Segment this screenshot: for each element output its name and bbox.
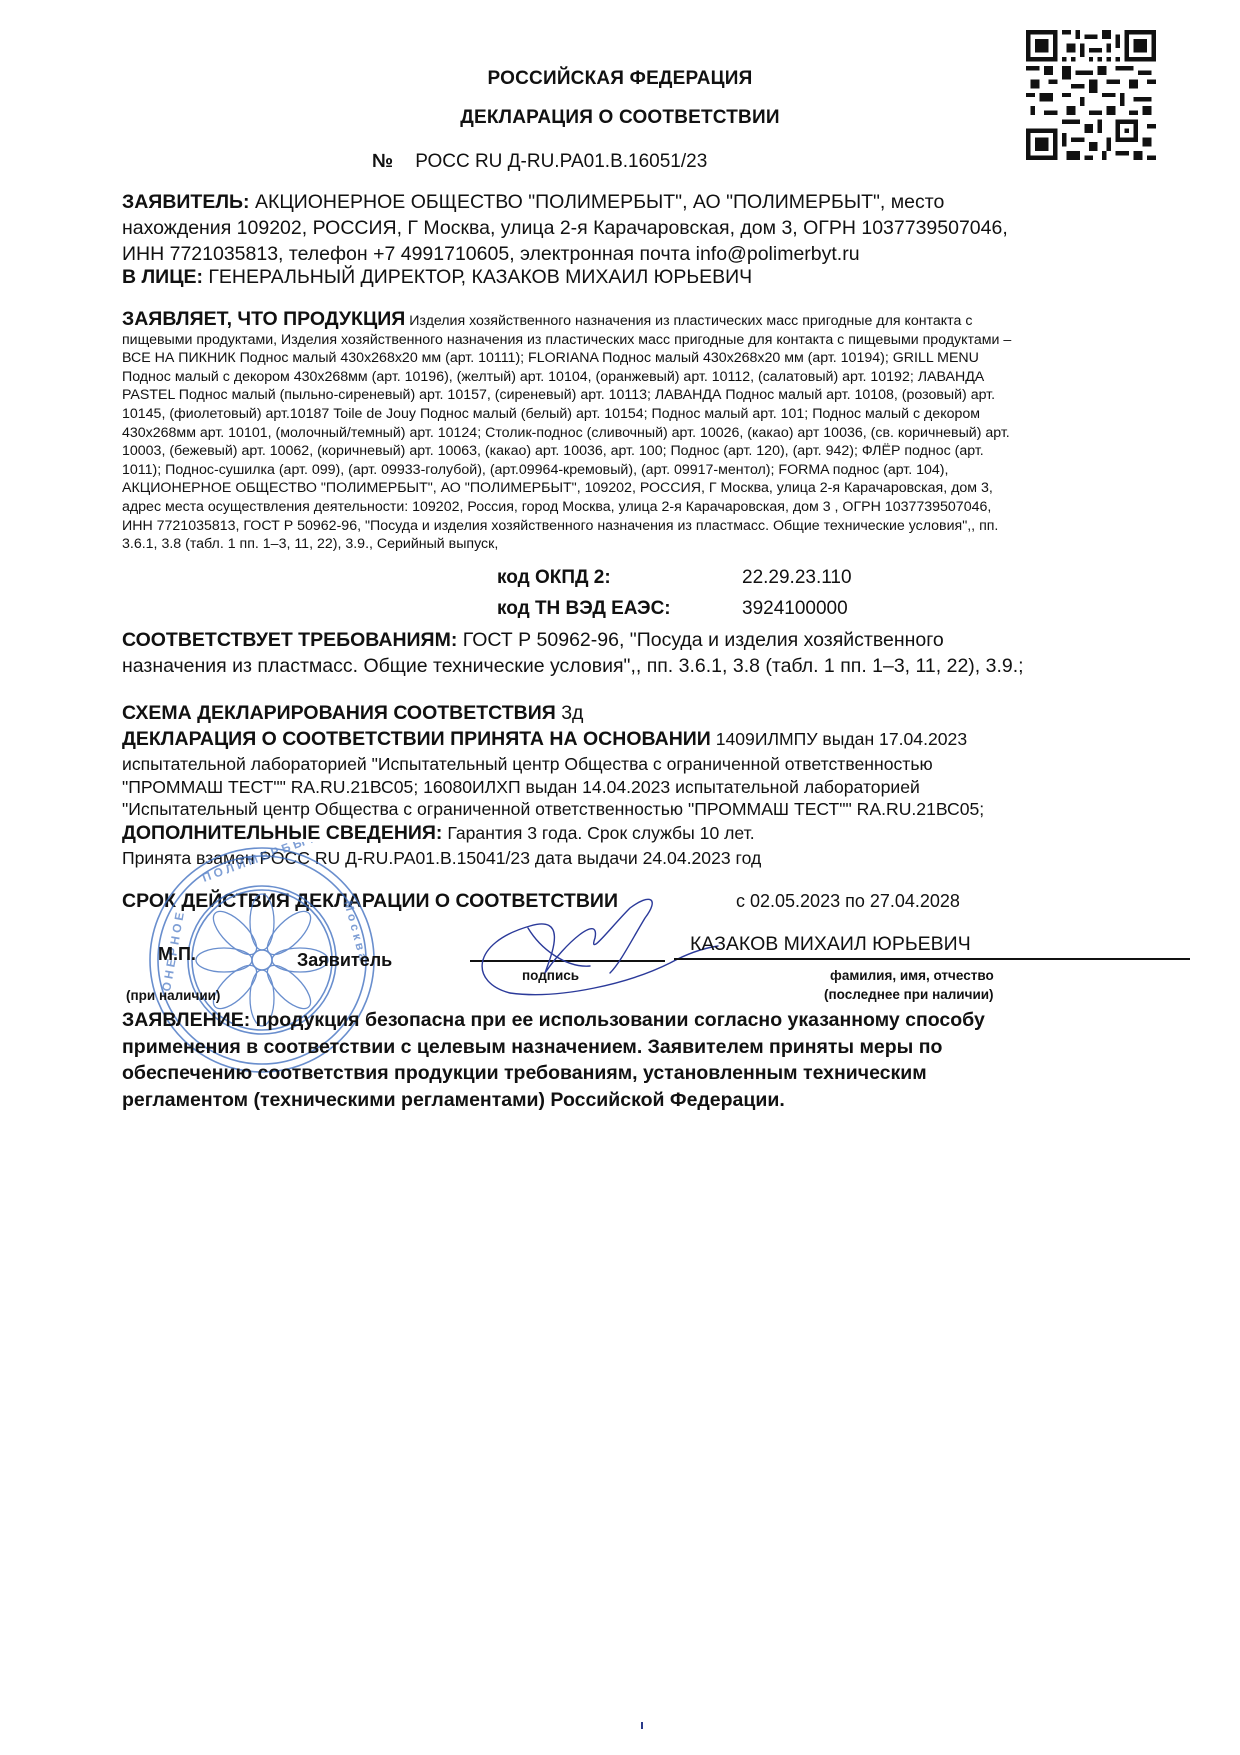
conformity-line: назначения из пластмасс. Общие техническ… — [122, 653, 1182, 679]
product-line: ИНН 7721035813, ГОСТ Р 50962-96, "Посуда… — [122, 517, 1182, 536]
statement-line: продукция безопасна при ее использовании… — [250, 1009, 985, 1031]
scheme-label: СХЕМА ДЕКЛАРИРОВАНИЯ СООТВЕТСТВИЯ — [122, 702, 556, 724]
tnved-value: 3924100000 — [742, 598, 848, 620]
statement-line: регламентом (техническими регламентами) … — [122, 1087, 1182, 1114]
seal-note: (при наличии) — [126, 988, 220, 1003]
applicant-line: ИНН 7721035813, телефон +7 4991710605, э… — [122, 241, 1182, 267]
applicant-sign-label: Заявитель — [297, 950, 392, 971]
declaration-number-value: РОСС RU Д-RU.РА01.В.16051/23 — [415, 151, 707, 172]
tnved-label: код ТН ВЭД ЕАЭС: — [497, 598, 671, 620]
applicant-line: АКЦИОНЕРНОЕ ОБЩЕСТВО "ПОЛИМЕРБЫТ", АО "П… — [250, 191, 945, 213]
statement-line: обеспечению соответствия продукции требо… — [122, 1060, 1182, 1087]
applicant-label: ЗАЯВИТЕЛЬ: — [122, 191, 250, 213]
statement-label: ЗАЯВЛЕНИЕ: — [122, 1009, 250, 1031]
product-label: ЗАЯВЛЯЕТ, ЧТО ПРОДУКЦИЯ — [122, 308, 405, 330]
product-section: ЗАЯВЛЯЕТ, ЧТО ПРОДУКЦИЯ Изделия хозяйств… — [122, 310, 1182, 554]
product-line: 10145, (фиолетовый) арт.10187 Toile de J… — [122, 405, 1182, 424]
basis-line: 1409ИЛМПУ выдан 17.04.2023 — [711, 729, 967, 749]
product-line: адрес места осуществления деятельности: … — [122, 498, 1182, 517]
person-label: В ЛИЦЕ: — [122, 266, 203, 288]
signatory-name: КАЗАКОВ МИХАИЛ ЮРЬЕВИЧ — [690, 933, 971, 956]
basis-line: "Испытательный центр Общества с ограниче… — [122, 798, 1182, 821]
product-line: пищевыми продуктами, Изделия хозяйственн… — [122, 331, 1182, 350]
conformity-label: СООТВЕТСТВУЕТ ТРЕБОВАНИЯМ: — [122, 629, 457, 651]
number-sign: № — [372, 151, 393, 172]
seal-label: М.П. — [158, 944, 196, 965]
statement-line: применения в соответствии с целевым назн… — [122, 1034, 1182, 1061]
product-line: 10003, (бежевый) арт. 10062, (коричневый… — [122, 442, 1182, 461]
applicant-section: ЗАЯВИТЕЛЬ: АКЦИОНЕРНОЕ ОБЩЕСТВО "ПОЛИМЕР… — [122, 189, 1182, 287]
product-line: Поднос малый с декором 430x268мм (арт. 1… — [122, 368, 1182, 387]
product-line: 430x268мм арт. 10101, (молочный/темный) … — [122, 424, 1182, 443]
scan-mark — [641, 1722, 643, 1729]
basis-label: ДЕКЛАРАЦИЯ О СООТВЕТСТВИИ ПРИНЯТА НА ОСН… — [122, 728, 711, 750]
conformity-section: СООТВЕТСТВУЕТ ТРЕБОВАНИЯМ: ГОСТ Р 50962-… — [122, 627, 1182, 679]
applicant-line: нахождения 109202, РОССИЯ, Г Москва, ули… — [122, 215, 1182, 241]
product-line: ВСЕ НА ПИКНИК Поднос малый 430x268x20 мм… — [122, 349, 1182, 368]
additional-label: ДОПОЛНИТЕЛЬНЫЕ СВЕДЕНИЯ: — [122, 822, 442, 844]
okpd-label: код ОКПД 2: — [497, 567, 611, 589]
basis-line: "ПРОММАШ ТЕСТ"" RA.RU.21ВС05; 16080ИЛХП … — [122, 776, 1182, 799]
product-line: Изделия хозяйственного назначения из пла… — [405, 313, 972, 329]
conformity-line: ГОСТ Р 50962-96, "Посуда и изделия хозяй… — [457, 629, 943, 651]
qr-code-icon — [1026, 30, 1156, 160]
product-line: 3.6.1, 3.8 (табл. 1 пп. 1–3, 11, 22), 3.… — [122, 535, 1182, 554]
handwritten-signature-icon — [470, 888, 720, 1000]
validity-value: с 02.05.2023 по 27.04.2028 — [736, 891, 960, 912]
statement-section: ЗАЯВЛЕНИЕ: продукция безопасна при ее ис… — [122, 1007, 1182, 1113]
product-line: PASTEL Поднос малый (пыльно-сиреневый) а… — [122, 386, 1182, 405]
document-title: ДЕКЛАРАЦИЯ О СООТВЕТСТВИИ — [0, 107, 1240, 129]
basis-line: испытательной лабораторией "Испытательны… — [122, 753, 1182, 776]
okpd-value: 22.29.23.110 — [742, 567, 852, 589]
product-line: 1011); Поднос-сушилка (арт. 099), (арт. … — [122, 461, 1182, 480]
scheme-value: 3д — [556, 702, 584, 724]
product-line: АКЦИОНЕРНОЕ ОБЩЕСТВО "ПОЛИМЕРБЫТ", АО "П… — [122, 479, 1182, 498]
person-value: ГЕНЕРАЛЬНЫЙ ДИРЕКТОР, КАЗАКОВ МИХАИЛ ЮРЬ… — [203, 266, 752, 288]
declaration-number: №РОСС RU Д-RU.РА01.В.16051/23 — [372, 151, 707, 173]
additional-value: Гарантия 3 года. Срок службы 10 лет. — [442, 823, 754, 843]
country-title: РОССИЙСКАЯ ФЕДЕРАЦИЯ — [0, 68, 1240, 90]
name-caption: фамилия, имя, отчество — [830, 968, 994, 983]
name-line — [674, 958, 1190, 960]
name-caption-note: (последнее при наличии) — [824, 987, 994, 1002]
